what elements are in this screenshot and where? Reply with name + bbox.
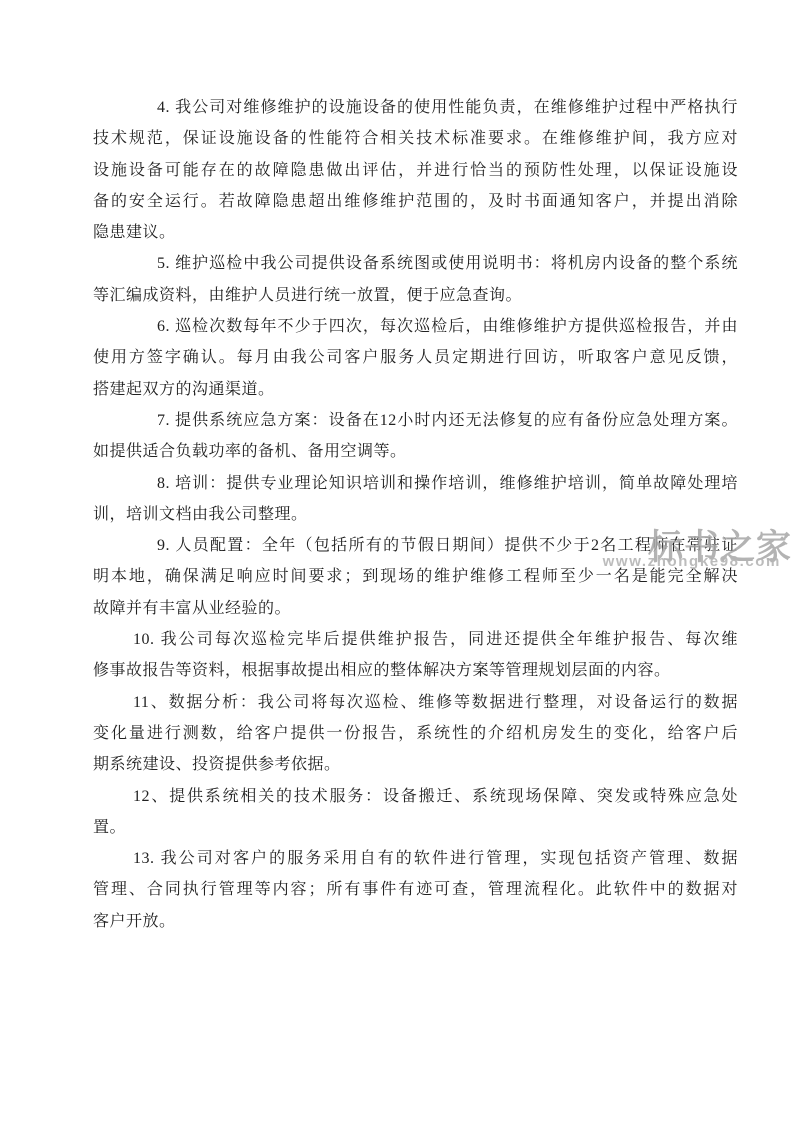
paragraph-line: 12、提供系统相关的技术服务：设备搬迁、系统现场保障、突发或特殊应急处: [93, 781, 738, 812]
paragraph-line: 6. 巡检次数每年不少于四次，每次巡检后，由维修维护方提供巡检报告，并由: [93, 311, 738, 342]
paragraph-line: 训，培训文档由我公司整理。: [93, 499, 738, 530]
paragraph-line: 7. 提供系统应急方案：设备在12小时内还无法修复的应有备份应急处理方案。: [93, 405, 738, 436]
paragraph-line: 等汇编成资料，由维护人员进行统一放置，便于应急查询。: [93, 280, 738, 311]
paragraph-line: 技术规范，保证设施设备的性能符合相关技术标准要求。在维修维护间，我方应对: [93, 123, 738, 154]
paragraph: 13. 我公司对客户的服务采用自有的软件进行管理，实现包括资产管理、数据管理、合…: [93, 843, 738, 937]
paragraph: 4. 我公司对维修维护的设施设备的使用性能负责，在维修维护过程中严格执行技术规范…: [93, 92, 738, 248]
paragraph: 9. 人员配置：全年（包括所有的节假日期间）提供不少于2名工程师在常驻证明本地，…: [93, 530, 738, 624]
paragraph-line: 4. 我公司对维修维护的设施设备的使用性能负责，在维修维护过程中严格执行: [93, 92, 738, 123]
paragraph: 8. 培训：提供专业理论知识培训和操作培训，维修维护培训，简单故障处理培训，培训…: [93, 468, 738, 531]
paragraph-line: 8. 培训：提供专业理论知识培训和操作培训，维修维护培训，简单故障处理培: [93, 468, 738, 499]
paragraph-line: 13. 我公司对客户的服务采用自有的软件进行管理，实现包括资产管理、数据: [93, 843, 738, 874]
paragraph: 5. 维护巡检中我公司提供设备系统图或使用说明书：将机房内设备的整个系统等汇编成…: [93, 248, 738, 311]
watermark-url-text: www.zhongke98.com: [603, 553, 781, 570]
paragraph-line: 隐患建议。: [93, 217, 738, 248]
paragraph-line: 使用方签字确认。每月由我公司客户服务人员定期进行回访，听取客户意见反馈，: [93, 342, 738, 373]
paragraph-line: 管理、合同执行管理等内容；所有事件有迹可查，管理流程化。此软件中的数据对: [93, 874, 738, 905]
paragraph: 10. 我公司每次巡检完毕后提供维护报告，同进还提供全年维护报告、每次维修事故报…: [93, 624, 738, 687]
paragraph-line: 搭建起双方的沟通渠道。: [93, 374, 738, 405]
paragraph-line: 客户开放。: [93, 906, 738, 937]
paragraph-line: 如提供适合负载功率的备机、备用空调等。: [93, 436, 738, 467]
paragraph-line: 故障并有丰富从业经验的。: [93, 593, 738, 624]
document-page: 4. 我公司对维修维护的设施设备的使用性能负责，在维修维护过程中严格执行技术规范…: [0, 0, 793, 1122]
paragraph-line: 5. 维护巡检中我公司提供设备系统图或使用说明书：将机房内设备的整个系统: [93, 248, 738, 279]
paragraph: 7. 提供系统应急方案：设备在12小时内还无法修复的应有备份应急处理方案。如提供…: [93, 405, 738, 468]
document-body: 4. 我公司对维修维护的设施设备的使用性能负责，在维修维护过程中严格执行技术规范…: [93, 92, 738, 937]
paragraph-list: 4. 我公司对维修维护的设施设备的使用性能负责，在维修维护过程中严格执行技术规范…: [93, 92, 738, 937]
paragraph-line: 置。: [93, 812, 738, 843]
paragraph: 12、提供系统相关的技术服务：设备搬迁、系统现场保障、突发或特殊应急处置。: [93, 781, 738, 844]
paragraph-line: 修事故报告等资料，根据事故提出相应的整体解决方案等管理规划层面的内容。: [93, 655, 738, 686]
paragraph-line: 10. 我公司每次巡检完毕后提供维护报告，同进还提供全年维护报告、每次维: [93, 624, 738, 655]
paragraph-line: 备的安全运行。若故障隐患超出维修维护范围的，及时书面通知客户，并提出消除: [93, 186, 738, 217]
paragraph-line: 期系统建设、投资提供参考依据。: [93, 749, 738, 780]
paragraph: 6. 巡检次数每年不少于四次，每次巡检后，由维修维护方提供巡检报告，并由使用方签…: [93, 311, 738, 405]
paragraph-line: 变化量进行测数，给客户提供一份报告，系统性的介绍机房发生的变化，给客户后: [93, 718, 738, 749]
paragraph-line: 11、数据分析：我公司将每次巡检、维修等数据进行整理，对设备运行的数据: [93, 687, 738, 718]
paragraph-line: 设施设备可能存在的故障隐患做出评估，并进行恰当的预防性处理，以保证设施设: [93, 155, 738, 186]
paragraph: 11、数据分析：我公司将每次巡检、维修等数据进行整理，对设备运行的数据变化量进行…: [93, 687, 738, 781]
